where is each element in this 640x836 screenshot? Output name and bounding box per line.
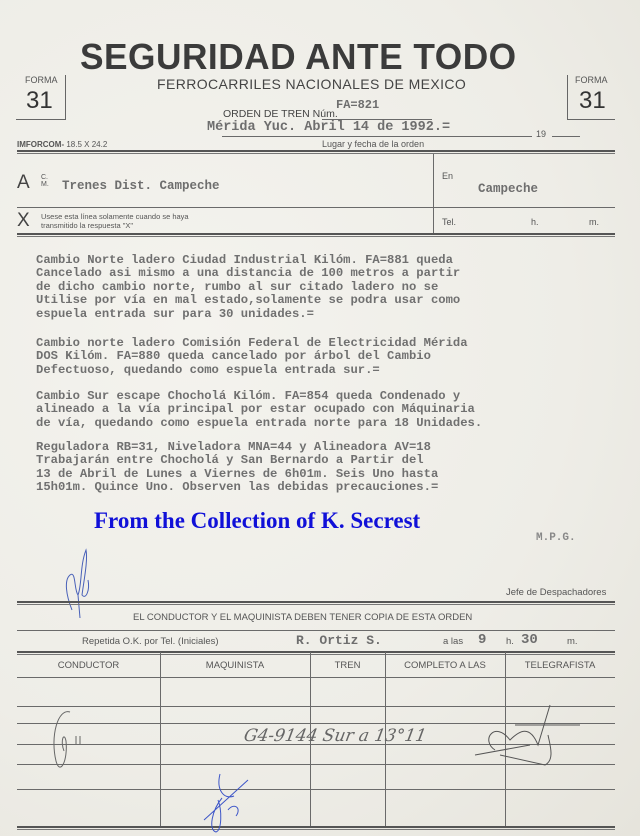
signature-mark [58,540,98,620]
dispatcher-initials: M.P.G. [536,532,576,544]
forma-label: FORMA [25,75,58,85]
forma-number: 31 [579,87,606,115]
order-paragraph-3: Cambio Sur escape Chocholá Kilóm. FA=854… [36,390,482,430]
order-paragraph-2: Cambio norte ladero Comisión Federal de … [36,337,468,377]
tel-minute-label: m. [589,217,599,227]
tel-hour-label: h. [531,217,539,227]
repeated-label: Repetida O.K. por Tel. (Iniciales) [82,636,219,647]
x-letter: X [17,210,30,232]
column-header-telegrafista: TELEGRAFISTA [505,660,615,671]
place-date-caption: Lugar y fecha de la orden [322,139,424,149]
column-header-conductor: CONDUCTOR [17,660,160,671]
column-header-maquinista: MAQUINISTA [160,660,310,671]
dispatcher-title: Jefe de Despachadores [506,587,606,598]
forma-box-left: FORMA 31 [16,75,66,120]
hour-value: 9 [478,632,486,648]
x-line-note: Usese esta línea solamente cuando se hay… [41,212,189,230]
conductor-signature [48,706,88,776]
location-label: En [442,171,453,181]
order-paragraph-4: Reguladora RB=31, Niveladora MNA=44 y Al… [36,441,438,495]
maquinista-signature [198,770,258,836]
order-paragraph-1: Cambio Norte ladero Ciudad Industrial Ki… [36,254,460,321]
cm-label: C. M. [41,174,49,188]
year-prefix: 19 [536,129,546,139]
addressee-value: Trenes Dist. Campeche [62,179,220,193]
location-value: Campeche [478,182,538,196]
forma-label: FORMA [575,75,608,85]
telegrafista-signature [460,700,590,770]
minute-label: m. [567,636,578,647]
minute-value: 30 [521,632,538,648]
hour-label: h. [506,636,514,647]
tel-label: Tel. [442,217,456,227]
order-number-value: FA=821 [336,98,379,112]
train-order-form: SEGURIDAD ANTE TODO FERROCARRILES NACION… [0,0,640,836]
printer-info: IMFORCOM- 18.5 X 24.2 [17,140,107,149]
order-number-label: ORDEN DE TREN Núm. [223,108,338,120]
column-header-completo: COMPLETO A LAS [385,660,505,671]
place-date-value: Mérida Yuc. Abril 14 de 1992.= [207,120,450,135]
handwritten-note: G4-9144 Sur a 13°11 [242,726,428,746]
column-header-tren: TREN [310,660,385,671]
form-title: SEGURIDAD ANTE TODO [80,36,517,78]
time-at-label: a las [443,636,463,647]
addressee-a-letter: A [17,172,30,194]
forma-number: 31 [26,87,53,115]
repeated-initials: R. Ortiz S. [296,633,382,648]
collection-watermark: From the Collection of K. Secrest [94,508,420,534]
copy-notice: EL CONDUCTOR Y EL MAQUINISTA DEBEN TENER… [133,612,472,623]
railway-name: FERROCARRILES NACIONALES DE MEXICO [157,76,466,92]
forma-box-right: FORMA 31 [567,75,615,120]
